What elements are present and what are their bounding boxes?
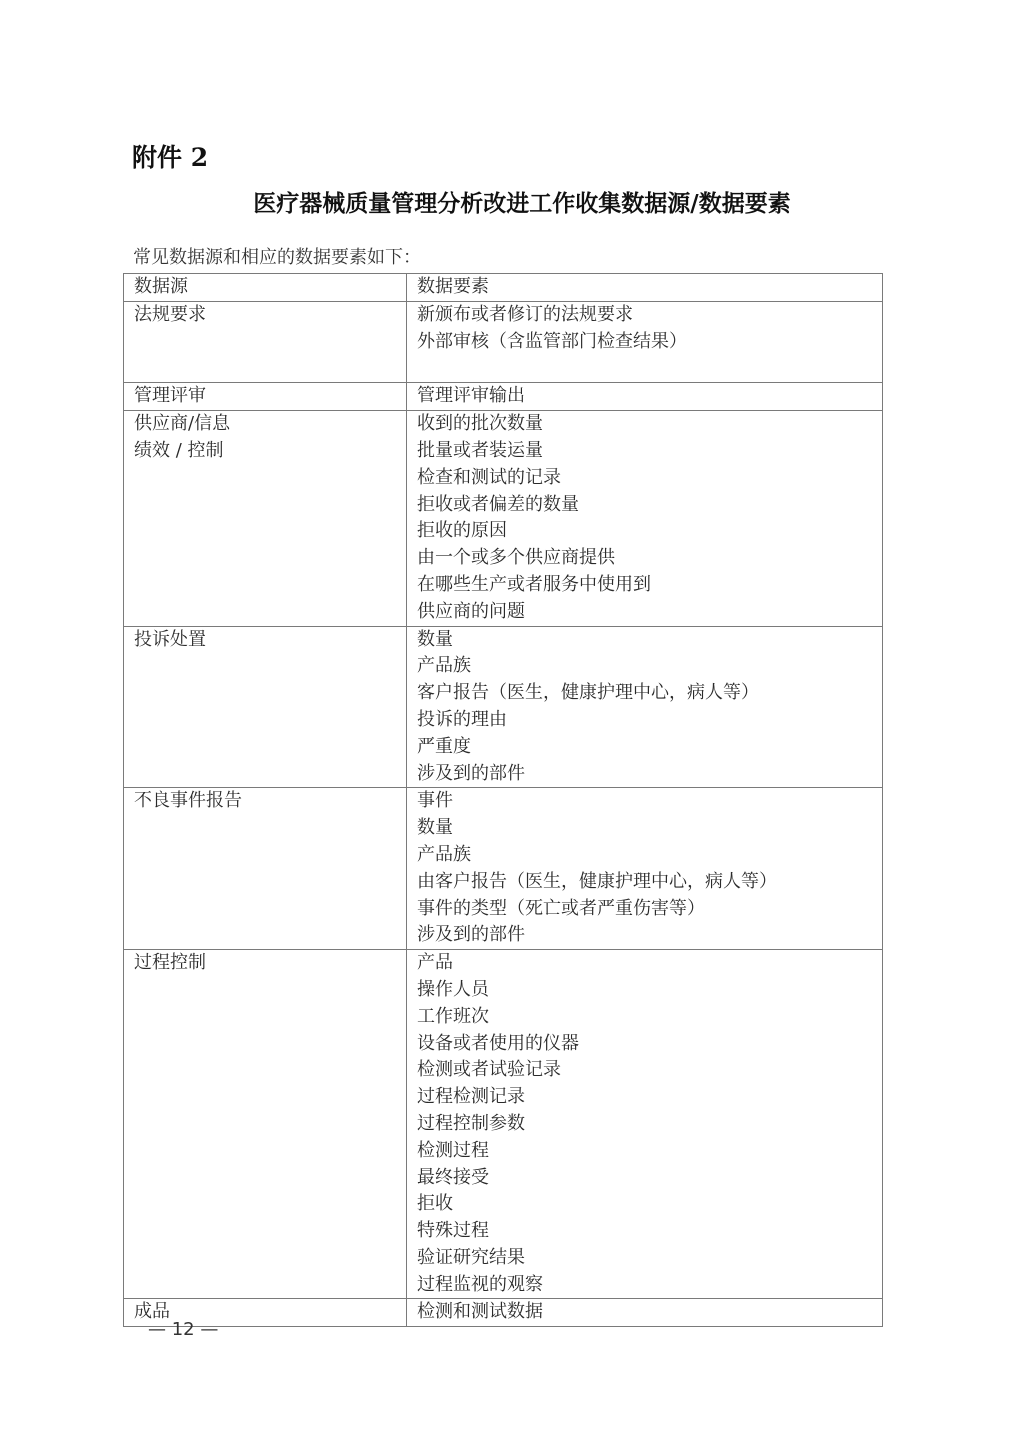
table-row: 法规要求 新颁布或者修订的法规要求 外部审核（含监管部门检查结果） — [124, 302, 883, 383]
table-row: 不良事件报告 事件 数量 产品族 由客户报告（医生，健康护理中心，病人等） 事件… — [124, 788, 883, 950]
element-item: 批量或者装运量 — [417, 438, 882, 465]
source-cell: 法规要求 — [124, 302, 407, 383]
table-row: 过程控制 产品 操作人员 工作班次 设备或者使用的仪器 检测或者试验记录 过程检… — [124, 950, 883, 1299]
element-item: 拒收 — [417, 1191, 882, 1218]
elements-cell: 检测和测试数据 — [407, 1299, 883, 1327]
element-item: 检测或者试验记录 — [417, 1057, 882, 1084]
elements-cell: 数量 产品族 客户报告（医生，健康护理中心，病人等） 投诉的理由 严重度 涉及到… — [407, 626, 883, 788]
element-item: 客户报告（医生，健康护理中心，病人等） — [417, 680, 882, 707]
elements-cell: 产品 操作人员 工作班次 设备或者使用的仪器 检测或者试验记录 过程检测记录 过… — [407, 950, 883, 1299]
intro-text: 常见数据源和相应的数据要素如下： — [133, 245, 421, 271]
source-label: 投诉处置 — [134, 627, 406, 654]
element-item: 验证研究结果 — [417, 1245, 882, 1272]
element-item: 管理评审输出 — [417, 383, 882, 410]
table-row: 供应商/信息 绩效 / 控制 收到的批次数量 批量或者装运量 检查和测试的记录 … — [124, 411, 883, 626]
source-label: 绩效 / 控制 — [134, 438, 406, 465]
element-item: 涉及到的部件 — [417, 922, 882, 949]
element-item: 操作人员 — [417, 977, 882, 1004]
source-label: 供应商/信息 — [134, 411, 406, 438]
element-item: 特殊过程 — [417, 1218, 882, 1245]
source-cell: 投诉处置 — [124, 626, 407, 788]
source-cell: 供应商/信息 绩效 / 控制 — [124, 411, 407, 626]
element-item: 检测和测试数据 — [417, 1299, 882, 1326]
element-item: 涉及到的部件 — [417, 761, 882, 788]
element-item: 供应商的问题 — [417, 599, 882, 626]
element-item: 新颁布或者修订的法规要求 — [417, 302, 882, 329]
element-item: 数量 — [417, 815, 882, 842]
element-item: 检查和测试的记录 — [417, 465, 882, 492]
table-row: 投诉处置 数量 产品族 客户报告（医生，健康护理中心，病人等） 投诉的理由 严重… — [124, 626, 883, 788]
attachment-label: 附件 2 — [132, 138, 208, 174]
source-label: 过程控制 — [134, 950, 406, 977]
element-item: 产品 — [417, 950, 882, 977]
table-row: 成品 检测和测试数据 — [124, 1299, 883, 1327]
element-item: 工作班次 — [417, 1004, 882, 1031]
data-source-table: 数据源 数据要素 法规要求 新颁布或者修订的法规要求 外部审核（含监管部门检查结… — [123, 273, 883, 1327]
element-item: 拒收或者偏差的数量 — [417, 492, 882, 519]
table-header-row: 数据源 数据要素 — [124, 274, 883, 302]
header-label: 数据要素 — [417, 274, 882, 301]
source-label: 不良事件报告 — [134, 788, 406, 815]
element-item: 过程检测记录 — [417, 1084, 882, 1111]
element-item: 产品族 — [417, 653, 882, 680]
elements-cell: 事件 数量 产品族 由客户报告（医生，健康护理中心，病人等） 事件的类型（死亡或… — [407, 788, 883, 950]
table-row: 管理评审 管理评审输出 — [124, 383, 883, 411]
element-item: 事件的类型（死亡或者严重伤害等） — [417, 896, 882, 923]
source-label: 法规要求 — [134, 302, 406, 329]
header-data-source: 数据源 — [124, 274, 407, 302]
element-item: 数量 — [417, 627, 882, 654]
source-label: 管理评审 — [134, 383, 406, 410]
elements-cell: 收到的批次数量 批量或者装运量 检查和测试的记录 拒收或者偏差的数量 拒收的原因… — [407, 411, 883, 626]
elements-cell: 新颁布或者修订的法规要求 外部审核（含监管部门检查结果） — [407, 302, 883, 383]
header-data-elements: 数据要素 — [407, 274, 883, 302]
blank-line — [417, 356, 882, 383]
element-item: 检测过程 — [417, 1138, 882, 1165]
element-item: 外部审核（含监管部门检查结果） — [417, 329, 882, 356]
element-item: 投诉的理由 — [417, 707, 882, 734]
element-item: 事件 — [417, 788, 882, 815]
elements-cell: 管理评审输出 — [407, 383, 883, 411]
element-item: 由客户报告（医生，健康护理中心，病人等） — [417, 869, 882, 896]
element-item: 在哪些生产或者服务中使用到 — [417, 572, 882, 599]
header-label: 数据源 — [134, 274, 406, 301]
page-number: — 12 — — [148, 1319, 218, 1340]
element-item: 拒收的原因 — [417, 518, 882, 545]
source-cell: 过程控制 — [124, 950, 407, 1299]
element-item: 收到的批次数量 — [417, 411, 882, 438]
element-item: 产品族 — [417, 842, 882, 869]
element-item: 严重度 — [417, 734, 882, 761]
source-cell: 管理评审 — [124, 383, 407, 411]
element-item: 最终接受 — [417, 1165, 882, 1192]
element-item: 过程控制参数 — [417, 1111, 882, 1138]
source-cell: 不良事件报告 — [124, 788, 407, 950]
element-item: 过程监视的观察 — [417, 1272, 882, 1299]
document-title: 医疗器械质量管理分析改进工作收集数据源/数据要素 — [0, 185, 1024, 218]
element-item: 设备或者使用的仪器 — [417, 1031, 882, 1058]
element-item: 由一个或多个供应商提供 — [417, 545, 882, 572]
